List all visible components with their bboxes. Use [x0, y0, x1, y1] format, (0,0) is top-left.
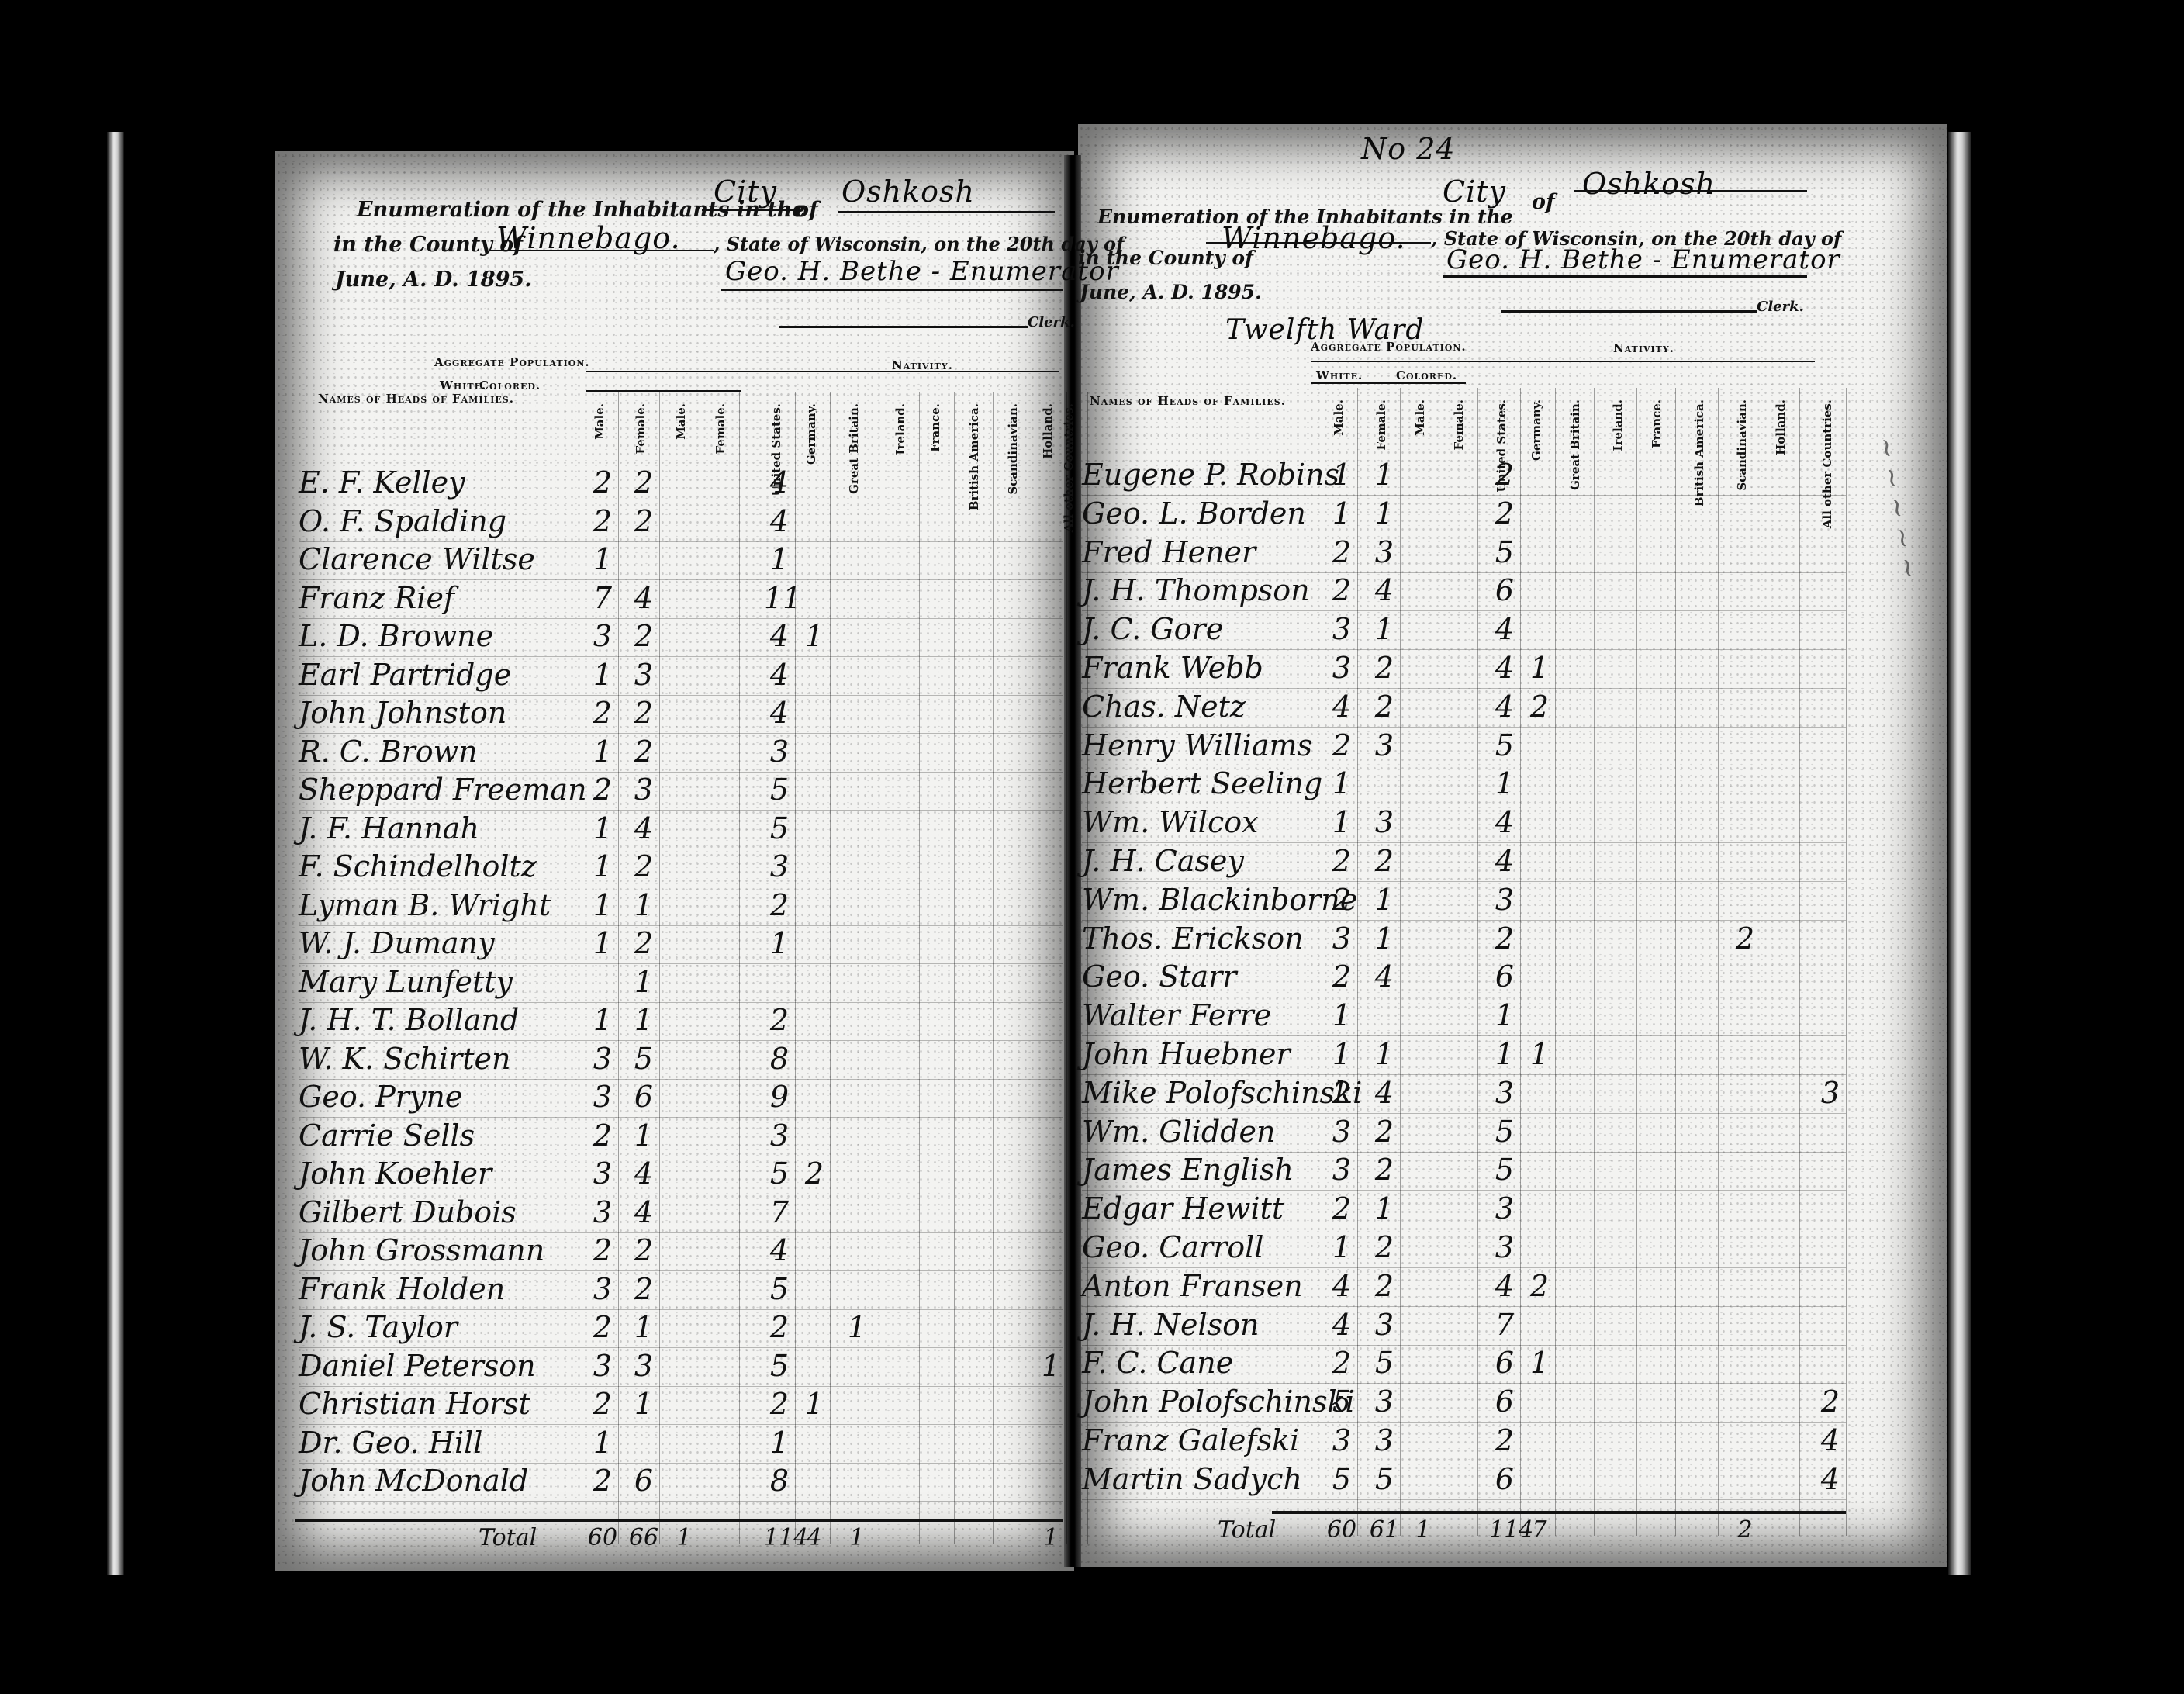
cell-wf: 2 — [628, 735, 659, 769]
cell-wm: 3 — [1326, 1423, 1357, 1457]
header-rule — [1311, 382, 1466, 384]
head-of-family-name: Christian Horst — [299, 1387, 530, 1421]
cell-wf: 3 — [628, 658, 659, 692]
column-header-de: Germany. — [1530, 399, 1543, 461]
cell-us: 4 — [1489, 805, 1520, 839]
cell-us: 6 — [1489, 1462, 1520, 1496]
cell-wm: 2 — [1326, 1346, 1357, 1380]
column-rule — [1439, 388, 1439, 1536]
right-clerk-label: Clerk. — [1757, 299, 1804, 315]
cell-us: 1 — [764, 542, 795, 576]
colored-header: Colored. — [479, 379, 541, 392]
head-of-family-name: W. K. Schirten — [299, 1042, 510, 1076]
head-of-family-name: Martin Sadych — [1082, 1462, 1302, 1496]
total-wf: 61 — [1369, 1516, 1400, 1544]
header-rule — [1311, 361, 1815, 362]
cell-us: 11 — [764, 581, 795, 615]
cell-us: 1 — [1489, 1037, 1520, 1071]
cell-wm: 1 — [1326, 766, 1357, 800]
cell-wf: 2 — [1369, 1153, 1400, 1187]
right-enumerator: Geo. H. Bethe - Enumerator — [1446, 244, 1840, 275]
head-of-family-name: Frank Webb — [1082, 651, 1263, 685]
cell-wm: 2 — [587, 1310, 618, 1344]
cell-wm: 3 — [587, 1080, 618, 1114]
cell-us: 4 — [764, 504, 795, 538]
cell-wf: 6 — [628, 1464, 659, 1498]
head-of-family-name: John Huebner — [1082, 1037, 1291, 1071]
cell-us: 4 — [764, 696, 795, 730]
cell-wm: 2 — [587, 696, 618, 730]
cell-us: 5 — [1489, 1115, 1520, 1149]
cell-wm: 1 — [1326, 805, 1357, 839]
colored-header: Colored. — [1396, 368, 1457, 382]
left-enumerator: Geo. H. Bethe - Enumerator — [725, 256, 1119, 287]
names-header: Names of Heads of Families. — [318, 392, 514, 406]
cell-wm: 2 — [587, 504, 618, 538]
column-rule — [1357, 388, 1358, 1536]
column-rule — [1846, 388, 1847, 1536]
cell-gb: 1 — [841, 1310, 873, 1344]
cell-wf: 5 — [1369, 1346, 1400, 1380]
head-of-family-name: F. C. Cane — [1082, 1346, 1233, 1380]
cell-us: 4 — [764, 465, 795, 500]
column-rule — [1718, 388, 1719, 1536]
column-rule — [1675, 388, 1676, 1536]
cell-wf: 2 — [1369, 690, 1400, 724]
right-place: Oshkosh — [1582, 167, 1716, 201]
cell-us: 5 — [764, 811, 795, 845]
row-rule — [299, 1501, 1063, 1502]
cell-de: 2 — [1524, 1269, 1555, 1303]
column-rule — [1799, 388, 1800, 1536]
cell-wf: 3 — [628, 1349, 659, 1383]
cell-wf: 1 — [1369, 612, 1400, 646]
column-rule — [618, 392, 619, 1544]
row-rule — [1082, 1499, 1846, 1500]
cell-wf: 4 — [628, 1195, 659, 1229]
cell-ot: 4 — [1815, 1462, 1846, 1496]
cell-wm: 3 — [587, 1349, 618, 1383]
cell-wm: 5 — [1326, 1462, 1357, 1496]
head-of-family-name: John Grossmann — [299, 1233, 544, 1267]
cell-wm: 2 — [1326, 959, 1357, 994]
head-of-family-name: Lyman B. Wright — [299, 888, 551, 922]
column-rule — [1636, 388, 1637, 1536]
head-of-family-name: Fred Hener — [1082, 535, 1256, 569]
head-of-family-name: W. J. Dumany — [299, 926, 495, 960]
head-of-family-name: J. H. Nelson — [1082, 1308, 1259, 1342]
cell-wf: 1 — [1369, 921, 1400, 956]
cell-us: 3 — [1489, 1191, 1520, 1226]
total-cm: 1 — [1408, 1516, 1439, 1544]
column-header-cm: Male. — [1414, 399, 1426, 436]
head-of-family-name: Franz Galefski — [1082, 1423, 1299, 1457]
underline — [1206, 242, 1431, 244]
head-of-family-name: Herbert Seeling — [1082, 766, 1322, 800]
cell-us: 9 — [764, 1080, 795, 1114]
cell-wf: 1 — [628, 1118, 659, 1153]
cell-wm: 1 — [587, 811, 618, 845]
total-us: 114 — [1489, 1516, 1520, 1544]
cell-wm: 1 — [587, 926, 618, 960]
column-rule — [1594, 388, 1595, 1536]
white-header: White. — [1316, 368, 1363, 382]
cell-us: 2 — [1489, 496, 1520, 531]
cell-wm: 2 — [1326, 1076, 1357, 1110]
column-header-cm: Male. — [675, 403, 687, 440]
column-rule — [1555, 388, 1556, 1536]
column-header-ie: Ireland. — [1612, 399, 1624, 451]
underline — [1443, 275, 1807, 278]
total-wm: 60 — [1326, 1516, 1357, 1544]
underline — [721, 289, 1063, 291]
column-rule — [919, 392, 920, 1544]
cell-wf: 4 — [1369, 1076, 1400, 1110]
clerk-line — [1501, 310, 1757, 313]
head-of-family-name: Mary Lunfetty — [299, 965, 513, 999]
cell-us: 1 — [1489, 998, 1520, 1032]
cell-wf: 2 — [628, 1233, 659, 1267]
underline — [838, 211, 1055, 213]
cell-wm: 2 — [1326, 535, 1357, 569]
head-of-family-name: O. F. Spalding — [299, 504, 506, 538]
cell-wm: 2 — [587, 1118, 618, 1153]
cell-wm: 1 — [1326, 1037, 1357, 1071]
cell-wf: 2 — [628, 926, 659, 960]
cell-de: 2 — [799, 1156, 830, 1191]
cell-wf: 2 — [628, 619, 659, 653]
right-place-type: City — [1443, 175, 1506, 209]
left-place: Oshkosh — [841, 175, 975, 209]
book-edge-right — [1948, 132, 1971, 1575]
head-of-family-name: Franz Rief — [299, 581, 454, 615]
aggregate-header: Aggregate Population. — [1311, 340, 1467, 354]
nativity-header: Nativity. — [1613, 341, 1674, 355]
head-of-family-name: John Johnston — [299, 696, 506, 730]
left-date: June, A. D. 1895. — [335, 268, 532, 292]
column-header-ie: Ireland. — [894, 403, 907, 455]
head-of-family-name: Geo. Pryne — [299, 1080, 462, 1114]
cell-us: 1 — [764, 926, 795, 960]
cell-wm: 2 — [587, 1387, 618, 1421]
cell-wm: 4 — [1326, 1269, 1357, 1303]
cell-wm: 2 — [1326, 573, 1357, 607]
column-header-wf: Female. — [1375, 399, 1387, 450]
left-place-type: City — [714, 175, 777, 209]
head-of-family-name: Earl Partridge — [299, 658, 511, 692]
cell-us: 2 — [764, 1387, 795, 1421]
left-state: , State of Wisconsin, on the 20th day of — [714, 233, 1124, 255]
cell-wm: 2 — [1326, 728, 1357, 762]
cell-wm: 1 — [587, 658, 618, 692]
cell-wf: 1 — [1369, 458, 1400, 492]
head-of-family-name: J. F. Hannah — [299, 811, 479, 845]
cell-us: 4 — [764, 658, 795, 692]
cell-de: 1 — [1524, 1346, 1555, 1380]
head-of-family-name: Henry Williams — [1082, 728, 1312, 762]
head-of-family-name: R. C. Brown — [299, 735, 478, 769]
left-of: of — [795, 198, 818, 222]
column-rule — [1520, 388, 1521, 1536]
cell-wm: 1 — [587, 888, 618, 922]
head-of-family-name: E. F. Kelley — [299, 465, 465, 500]
cell-us: 7 — [1489, 1308, 1520, 1342]
column-header-cf: Female. — [1453, 399, 1465, 450]
total-sc: 2 — [1730, 1516, 1761, 1544]
right-of: of — [1532, 190, 1555, 214]
cell-wf: 1 — [1369, 883, 1400, 917]
cell-wf: 2 — [1369, 1115, 1400, 1149]
column-rule — [659, 392, 660, 1544]
cell-wf: 2 — [628, 849, 659, 883]
cell-wf: 1 — [628, 1310, 659, 1344]
total-wm: 60 — [587, 1524, 618, 1551]
header-rule — [586, 390, 741, 392]
page-number: No 24 — [1361, 132, 1456, 166]
total-us: 114 — [764, 1524, 795, 1551]
column-header-ba: British America. — [968, 403, 980, 510]
column-header-sc: Scandinavian. — [1736, 399, 1748, 491]
head-of-family-name: James English — [1082, 1153, 1294, 1187]
total-cm: 1 — [669, 1524, 700, 1551]
cell-de: 1 — [1524, 1037, 1555, 1071]
head-of-family-name: Geo. L. Borden — [1082, 496, 1306, 531]
total-ho: 1 — [1035, 1524, 1066, 1551]
cell-sc: 2 — [1730, 921, 1761, 956]
right-date: June, A. D. 1895. — [1080, 281, 1262, 303]
cell-wf: 1 — [628, 888, 659, 922]
cell-wf: 2 — [628, 465, 659, 500]
cell-us: 1 — [1489, 766, 1520, 800]
cell-wf: 1 — [628, 1003, 659, 1037]
cell-ot: 4 — [1815, 1423, 1846, 1457]
column-rule — [739, 392, 740, 1544]
cell-us: 2 — [1489, 1423, 1520, 1457]
head-of-family-name: Dr. Geo. Hill — [299, 1426, 482, 1460]
cell-wm: 3 — [1326, 1115, 1357, 1149]
cell-wm: 4 — [1326, 690, 1357, 724]
column-rule — [830, 392, 831, 1544]
head-of-family-name: Edgar Hewitt — [1082, 1191, 1284, 1226]
cell-wm: 3 — [587, 1156, 618, 1191]
cell-wm: 3 — [1326, 612, 1357, 646]
cell-wf: 4 — [628, 811, 659, 845]
cell-us: 5 — [764, 773, 795, 807]
cell-us: 3 — [1489, 1230, 1520, 1264]
cell-wf: 2 — [1369, 844, 1400, 878]
cell-us: 1 — [764, 1426, 795, 1460]
book-edge-left — [107, 132, 124, 1575]
column-header-wm: Male. — [1332, 399, 1345, 436]
cell-us: 3 — [764, 849, 795, 883]
cell-wm: 3 — [1326, 651, 1357, 685]
cell-wf: 5 — [628, 1042, 659, 1076]
cell-wm: 1 — [1326, 458, 1357, 492]
cell-us: 7 — [764, 1195, 795, 1229]
cell-ho: 1 — [1035, 1349, 1066, 1383]
cell-ot: 2 — [1815, 1385, 1846, 1419]
head-of-family-name: J. H. Thompson — [1082, 573, 1310, 607]
head-of-family-name: Eugene P. Robins — [1082, 458, 1339, 492]
head-of-family-name: Sheppard Freeman — [299, 773, 587, 807]
cell-us: 5 — [764, 1349, 795, 1383]
cell-wf: 3 — [1369, 1385, 1400, 1419]
cell-us: 4 — [1489, 612, 1520, 646]
head-of-family-name: John Polofschinski — [1082, 1385, 1355, 1419]
cell-us: 2 — [1489, 921, 1520, 956]
cell-wf: 2 — [628, 504, 659, 538]
total-label: Total — [1218, 1516, 1276, 1544]
cell-wf: 4 — [628, 581, 659, 615]
cell-us: 2 — [764, 1003, 795, 1037]
cell-wm: 2 — [587, 773, 618, 807]
cell-wf: 2 — [628, 696, 659, 730]
cell-us: 8 — [764, 1464, 795, 1498]
cell-wm: 1 — [1326, 496, 1357, 531]
column-rule — [993, 392, 994, 1544]
column-header-ho: Holland. — [1042, 403, 1054, 459]
underline — [489, 250, 714, 251]
column-header-fr: France. — [1650, 399, 1663, 448]
cell-wm: 3 — [587, 1042, 618, 1076]
head-of-family-name: Geo. Starr — [1082, 959, 1237, 994]
head-of-family-name: Gilbert Dubois — [299, 1195, 517, 1229]
cell-wf: 3 — [628, 773, 659, 807]
cell-us: 5 — [1489, 1153, 1520, 1187]
cell-us: 6 — [1489, 573, 1520, 607]
cell-wf: 3 — [1369, 805, 1400, 839]
column-header-gb: Great Britain. — [1569, 399, 1581, 490]
head-of-family-name: John Koehler — [299, 1156, 492, 1191]
column-header-ot: All other Countries. — [1821, 399, 1833, 528]
cell-us: 2 — [764, 888, 795, 922]
column-header-fr: France. — [929, 403, 942, 452]
head-of-family-name: Carrie Sells — [299, 1118, 475, 1153]
cell-wf: 3 — [1369, 1308, 1400, 1342]
cell-wm: 3 — [1326, 1153, 1357, 1187]
head-of-family-name: Frank Holden — [299, 1272, 505, 1306]
cell-wf: 1 — [628, 1387, 659, 1421]
head-of-family-name: J. S. Taylor — [299, 1310, 458, 1344]
cell-wf: 1 — [1369, 496, 1400, 531]
head-of-family-name: Walter Ferre — [1082, 998, 1271, 1032]
cell-wf: 2 — [628, 1272, 659, 1306]
column-rule — [1477, 388, 1478, 1536]
total-label: Total — [479, 1524, 537, 1551]
cell-wf: 4 — [1369, 573, 1400, 607]
column-header-ot: All other Countries. — [1063, 403, 1075, 532]
column-rule — [1032, 392, 1032, 1544]
cell-wf: 2 — [1369, 1230, 1400, 1264]
cell-us: 3 — [764, 735, 795, 769]
cell-us: 6 — [1489, 1346, 1520, 1380]
cell-wm: 1 — [587, 1003, 618, 1037]
cell-ot: 3 — [1815, 1076, 1846, 1110]
total-gb: 1 — [841, 1524, 873, 1551]
cell-wm: 3 — [1326, 921, 1357, 956]
total-rule — [295, 1519, 1063, 1522]
column-header-sc: Scandinavian. — [1007, 403, 1019, 495]
cell-wm: 2 — [1326, 883, 1357, 917]
head-of-family-name: L. D. Browne — [299, 619, 493, 653]
cell-us: 4 — [764, 619, 795, 653]
column-rule — [795, 392, 796, 1544]
head-of-family-name: Geo. Carroll — [1082, 1230, 1263, 1264]
cell-de: 1 — [1524, 651, 1555, 685]
cell-wf: 2 — [1369, 1269, 1400, 1303]
head-of-family-name: Chas. Netz — [1082, 690, 1246, 724]
cell-wm: 7 — [587, 581, 618, 615]
cell-wf: 3 — [1369, 535, 1400, 569]
cell-wf: 4 — [1369, 959, 1400, 994]
right-county: Winnebago. — [1222, 221, 1406, 255]
cell-wm: 2 — [1326, 844, 1357, 878]
head-of-family-name: Mike Polofschinski — [1082, 1076, 1362, 1110]
total-de: 7 — [1524, 1516, 1555, 1544]
cell-wm: 1 — [587, 1426, 618, 1460]
cell-us: 5 — [1489, 728, 1520, 762]
cell-us: 3 — [764, 1118, 795, 1153]
cell-wf: 6 — [628, 1080, 659, 1114]
cell-us: 4 — [764, 1233, 795, 1267]
column-header-wf: Female. — [634, 403, 647, 454]
cell-wm: 3 — [587, 619, 618, 653]
cell-us: 4 — [1489, 651, 1520, 685]
cell-wm: 2 — [587, 465, 618, 500]
cell-us: 4 — [1489, 844, 1520, 878]
column-rule — [1761, 388, 1761, 1536]
cell-wf: 5 — [1369, 1462, 1400, 1496]
head-of-family-name: Wm. Blackinborne — [1082, 883, 1357, 917]
cell-wf: 3 — [1369, 1423, 1400, 1457]
cell-wm: 1 — [587, 735, 618, 769]
cell-de: 2 — [1524, 690, 1555, 724]
cell-us: 6 — [1489, 1385, 1520, 1419]
head-of-family-name: John McDonald — [299, 1464, 528, 1498]
head-of-family-name: Thos. Erickson — [1082, 921, 1304, 956]
left-clerk-label: Clerk. — [1028, 314, 1075, 330]
cell-wm: 5 — [1326, 1385, 1357, 1419]
cell-wm: 1 — [1326, 998, 1357, 1032]
cell-wm: 2 — [587, 1233, 618, 1267]
cell-wf: 1 — [1369, 1191, 1400, 1226]
column-header-ba: British America. — [1693, 399, 1705, 506]
head-of-family-name: Wm. Wilcox — [1082, 805, 1259, 839]
head-of-family-name: F. Schindelholtz — [299, 849, 537, 883]
underline — [702, 209, 795, 211]
cell-de: 1 — [799, 1387, 830, 1421]
cell-wm: 2 — [587, 1464, 618, 1498]
column-rule — [1400, 388, 1401, 1536]
cell-us: 3 — [1489, 1076, 1520, 1110]
column-rule — [873, 392, 873, 1544]
cell-us: 6 — [1489, 959, 1520, 994]
names-header: Names of Heads of Families. — [1090, 394, 1286, 408]
cell-de: 1 — [799, 619, 830, 653]
column-header-cf: Female. — [714, 403, 727, 454]
cell-wf: 1 — [1369, 1037, 1400, 1071]
column-header-wm: Male. — [593, 403, 606, 440]
head-of-family-name: Clarence Wiltse — [299, 542, 535, 576]
cell-wm: 3 — [587, 1195, 618, 1229]
total-rule — [1272, 1511, 1846, 1514]
cell-us: 4 — [1489, 690, 1520, 724]
cell-wm: 1 — [587, 542, 618, 576]
header-rule — [586, 371, 1059, 372]
head-of-family-name: J. H. T. Bolland — [299, 1003, 519, 1037]
cell-wm: 4 — [1326, 1308, 1357, 1342]
column-header-ho: Holland. — [1774, 399, 1787, 455]
